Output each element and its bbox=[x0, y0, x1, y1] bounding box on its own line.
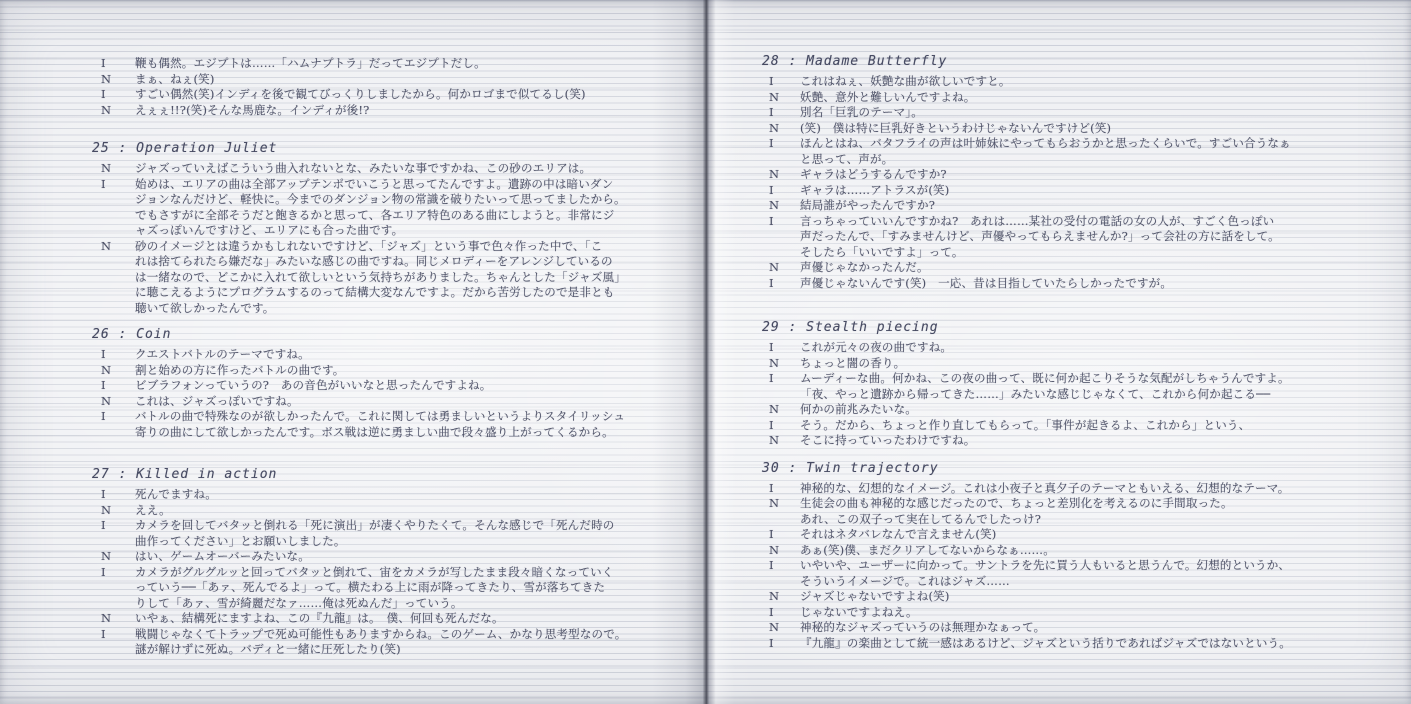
dialogue-line: Nそこに持っていったわけですね。 bbox=[762, 433, 1411, 449]
speaker-label: I bbox=[762, 214, 800, 230]
speaker-label: N bbox=[92, 611, 135, 627]
speaker-label: N bbox=[92, 363, 135, 379]
line-text: 割と始めの方に作ったバトルの曲です。 bbox=[135, 363, 344, 379]
line-text: これが元々の夜の曲ですね。 bbox=[800, 340, 952, 356]
line-text: ャズっぽいんですけど、エリアにも合った曲です。 bbox=[135, 223, 403, 239]
line-text: いやぁ、結構死にますよね、この『九龍』は。 僕、何回も死んだな。 bbox=[135, 611, 504, 627]
speaker-label: I bbox=[762, 605, 800, 621]
dialogue-line: 謎が解けずに死ぬ。バディと一緒に圧死したり(笑) bbox=[92, 642, 707, 658]
dialogue-line: は一緒なので、どこかに入れて欲しいという気持ちがありました。ちゃんとした「ジャズ… bbox=[92, 270, 707, 286]
speaker-label: I bbox=[92, 409, 135, 425]
speaker-label: N bbox=[762, 620, 800, 636]
speaker-label: I bbox=[762, 183, 800, 199]
speaker-label: N bbox=[762, 496, 800, 512]
dialogue-line: N砂のイメージとは違うかもしれないですけど、「ジャズ」という事で色々作った中で、… bbox=[92, 239, 707, 255]
line-text: 鞭も偶然。エジプトは……「ハムナプトラ」だってエジプトだし。 bbox=[135, 56, 486, 72]
dialogue-line: 声だったんで、「すみませんけど、声優やってもらえませんか?」って会社の方に話をし… bbox=[762, 229, 1411, 245]
dialogue-line: Nジャズっていえばこういう曲入れないとな、みたいな事ですかね、この砂のエリアは。 bbox=[92, 161, 707, 177]
line-text: 言っちゃっていいんですかね? あれは……某社の受付の電話の女の人が、すごく色っぽ… bbox=[800, 214, 1274, 230]
dialogue-line: Nちょっと闇の香り。 bbox=[762, 356, 1411, 372]
dialogue-line: 寄りの曲にして欲しかったんです。ボス戦は逆に勇ましい曲で段々盛り上がってくるから… bbox=[92, 425, 707, 441]
dialogue-line: N神秘的なジャズっていうのは無理かなぁって。 bbox=[762, 620, 1411, 636]
speaker-label bbox=[762, 512, 800, 528]
speaker-label bbox=[92, 192, 135, 208]
dialogue-line: ャズっぽいんですけど、エリアにも合った曲です。 bbox=[92, 223, 707, 239]
line-text: これは、ジャズっぽいですね。 bbox=[135, 394, 299, 410]
line-text: ギャラはどうするんですか? bbox=[800, 167, 947, 183]
line-text: 戦闘じゃなくてトラップで死ぬ可能性もありますからね。このゲーム、かなり思考型なの… bbox=[135, 627, 626, 643]
line-text: っていう──「あァ、死んでるよ」って。横たわる上に雨が降ってきたり、雪が落ちてき… bbox=[135, 580, 605, 596]
line-text: 「夜、やっと遺跡から帰ってきた……」みたいな感じじゃなくて、これから何か起こる─… bbox=[800, 387, 1270, 403]
dialogue-line: ジョンなんだけど、軽快に。今までのダンジョン物の常識を破りたいって思ってましたか… bbox=[92, 192, 707, 208]
speaker-label: N bbox=[762, 589, 800, 605]
dialogue-line: I始めは、エリアの曲は全部アップテンポでいこうと思ってたんですよ。遺跡の中は暗い… bbox=[92, 177, 707, 193]
dialogue-line: 聴いて欲しかったんです。 bbox=[92, 301, 707, 317]
line-text: ムーディーな曲。何かね、この夜の曲って、既に何か起こりそうな気配がしちゃうんです… bbox=[800, 371, 1290, 387]
dialogue-line: I死んでますね。 bbox=[92, 487, 707, 503]
track-heading: 29 : Stealth piecing bbox=[762, 320, 1411, 336]
speaker-label: I bbox=[762, 105, 800, 121]
line-text: 何かの前兆みたいな。 bbox=[800, 402, 917, 418]
line-text: 砂のイメージとは違うかもしれないですけど、「ジャズ」という事で色々作った中で、「… bbox=[135, 239, 602, 255]
speaker-label: N bbox=[762, 356, 800, 372]
line-text: ギャラは……アトラスが(笑) bbox=[800, 183, 949, 199]
dialogue-line: Iこれが元々の夜の曲ですね。 bbox=[762, 340, 1411, 356]
line-text: あぁ(笑)僕、まだクリアしてないからなぁ……。 bbox=[800, 543, 1055, 559]
left-track-sections: 25 : Operation JulietNジャズっていえばこういう曲入れないと… bbox=[92, 141, 707, 658]
dialogue-line: Nえぇぇ!!?(笑)そんな馬鹿な。インディが後!? bbox=[92, 103, 707, 119]
speaker-label bbox=[92, 642, 135, 658]
line-text: 神秘的な、幻想的なイメージ。これは小夜子と真夕子のテーマともいえる、幻想的なテー… bbox=[800, 481, 1289, 497]
line-text: (笑) 僕は特に巨乳好きというわけじゃないんですけど(笑) bbox=[800, 121, 1111, 137]
line-text: 生徒会の曲も神秘的な感じだったので、ちょっと差別化を考えるのに手間取った。 bbox=[800, 496, 1233, 512]
speaker-label: N bbox=[762, 543, 800, 559]
line-text: あれ、この双子って実在してるんでしたっけ? bbox=[800, 512, 1041, 528]
dialogue-line: あれ、この双子って実在してるんでしたっけ? bbox=[762, 512, 1411, 528]
speaker-label: I bbox=[762, 636, 800, 652]
line-text: そういうイメージで。これはジャズ…… bbox=[800, 574, 1010, 590]
dialogue-line: I別名「巨乳のテーマ」。 bbox=[762, 105, 1411, 121]
booklet-page-left: I鞭も偶然。エジプトは……「ハムナプトラ」だってエジプトだし。Nまぁ、ねぇ(笑)… bbox=[0, 0, 707, 704]
booklet-page-right: 28 : Madame ButterflyIこれはねぇ、妖艶な曲が欲しいですと。… bbox=[707, 0, 1411, 704]
speaker-label bbox=[92, 254, 135, 270]
track-section-27: 27 : Killed in actionI死んでますね。Nええ。Iカメラを回し… bbox=[92, 467, 707, 658]
track-heading: 26 : Coin bbox=[92, 327, 707, 343]
dialogue-line: Iすごい偶然(笑)インディを後で観てびっくりしましたから。何かロゴまで似てるし(… bbox=[92, 87, 707, 103]
dialogue-line: Nいやぁ、結構死にますよね、この『九龍』は。 僕、何回も死んだな。 bbox=[92, 611, 707, 627]
dialogue-line: 曲作ってください」とお願いしました。 bbox=[92, 534, 707, 550]
line-text: 神秘的なジャズっていうのは無理かなぁって。 bbox=[800, 620, 1045, 636]
speaker-label bbox=[762, 245, 800, 261]
track-section-29: 29 : Stealth piecingIこれが元々の夜の曲ですね。Nちょっと闇… bbox=[762, 320, 1411, 449]
line-text: 聴いて欲しかったんです。 bbox=[135, 301, 274, 317]
track-section-30: 30 : Twin trajectoryI神秘的な、幻想的なイメージ。これは小夜… bbox=[762, 461, 1411, 652]
line-text: 寄りの曲にして欲しかったんです。ボス戦は逆に勇ましい曲で段々盛り上がってくるから… bbox=[135, 425, 614, 441]
dialogue-line: Iそう。だから、ちょっと作り直してもらって。「事件が起きるよ、これから」という、 bbox=[762, 418, 1411, 434]
dialogue-line: I声優じゃないんです(笑) 一応、昔は目指していたらしかったですが。 bbox=[762, 276, 1411, 292]
line-text: 別名「巨乳のテーマ」。 bbox=[800, 105, 923, 121]
line-text: は一緒なので、どこかに入れて欲しいという気持ちがありました。ちゃんとした「ジャズ… bbox=[135, 270, 626, 286]
speaker-label: I bbox=[92, 627, 135, 643]
line-text: に聴こえるようにプログラムするのって結構大変なんですよ。だから苦労したので是非と… bbox=[135, 285, 614, 301]
dialogue-line: Iほんとはね、バタフライの声は叶姉妹にやってもらおうかと思ったくらいで。すごい合… bbox=[762, 136, 1411, 152]
dialogue-line: Nええ。 bbox=[92, 503, 707, 519]
line-text: れは捨てられたら嫌だな」みたいな感じの曲ですね。同じメロディーをアレンジしている… bbox=[135, 254, 613, 270]
line-text: それはネタバレなんで言えません(笑) bbox=[800, 527, 996, 543]
line-text: いやいや、ユーザーに向かって。サントラを先に買う人もいると思うんで。幻想的という… bbox=[800, 558, 1290, 574]
dialogue-line: I『九龍』の楽曲として統一感はあるけど、ジャズという括りであればジャズではないと… bbox=[762, 636, 1411, 652]
speaker-label bbox=[92, 223, 135, 239]
line-text: ええ。 bbox=[135, 503, 171, 519]
dialogue-line: と思って、声が。 bbox=[762, 152, 1411, 168]
dialogue-line: Iこれはねぇ、妖艶な曲が欲しいですと。 bbox=[762, 74, 1411, 90]
speaker-label bbox=[92, 208, 135, 224]
line-text: すごい偶然(笑)インディを後で観てびっくりしましたから。何かロゴまで似てるし(笑… bbox=[135, 87, 586, 103]
speaker-label: N bbox=[92, 239, 135, 255]
dialogue-line: I鞭も偶然。エジプトは……「ハムナプトラ」だってエジプトだし。 bbox=[92, 56, 707, 72]
speaker-label: I bbox=[92, 378, 135, 394]
speaker-label: I bbox=[92, 177, 135, 193]
dialogue-line: っていう──「あァ、死んでるよ」って。横たわる上に雨が降ってきたり、雪が落ちてき… bbox=[92, 580, 707, 596]
dialogue-line: N妖艶、意外と難しいんですよね。 bbox=[762, 90, 1411, 106]
speaker-label bbox=[92, 534, 135, 550]
dialogue-line: Nはい、ゲームオーバーみたいな。 bbox=[92, 549, 707, 565]
line-text: 謎が解けずに死ぬ。バディと一緒に圧死したり(笑) bbox=[135, 642, 401, 658]
line-text: りして「あァ、雪が綺麗だなァ……俺は死ぬんだ」っていう。 bbox=[135, 596, 463, 612]
line-text: じゃないですよねえ。 bbox=[800, 605, 918, 621]
dialogue-line: N何かの前兆みたいな。 bbox=[762, 402, 1411, 418]
speaker-label: I bbox=[92, 518, 135, 534]
line-text: そしたら「いいですよ」って。 bbox=[800, 245, 964, 261]
speaker-label bbox=[762, 574, 800, 590]
speaker-label bbox=[92, 270, 135, 286]
dialogue-line: Nギャラはどうするんですか? bbox=[762, 167, 1411, 183]
speaker-label: N bbox=[762, 433, 800, 449]
line-text: これはねぇ、妖艶な曲が欲しいですと。 bbox=[800, 74, 1011, 90]
line-text: ジョンなんだけど、軽快に。今までのダンジョン物の常識を破りたいって思ってましたか… bbox=[135, 192, 626, 208]
dialogue-line: N生徒会の曲も神秘的な感じだったので、ちょっと差別化を考えるのに手間取った。 bbox=[762, 496, 1411, 512]
dialogue-line: そういうイメージで。これはジャズ…… bbox=[762, 574, 1411, 590]
speaker-label: I bbox=[762, 481, 800, 497]
line-text: ジャズじゃないですよね(笑) bbox=[800, 589, 950, 605]
dialogue-line: 「夜、やっと遺跡から帰ってきた……」みたいな感じじゃなくて、これから何か起こる─… bbox=[762, 387, 1411, 403]
speaker-label: N bbox=[92, 103, 135, 119]
line-text: ちょっと闇の香り。 bbox=[800, 356, 905, 372]
speaker-label: I bbox=[762, 418, 800, 434]
speaker-label: I bbox=[762, 74, 800, 90]
speaker-label bbox=[92, 285, 135, 301]
line-text: クエストバトルのテーマですね。 bbox=[135, 347, 310, 363]
speaker-label bbox=[762, 229, 800, 245]
track-heading: 30 : Twin trajectory bbox=[762, 461, 1411, 477]
dialogue-line: に聴こえるようにプログラムするのって結構大変なんですよ。だから苦労したので是非と… bbox=[92, 285, 707, 301]
dialogue-line: Iじゃないですよねえ。 bbox=[762, 605, 1411, 621]
line-text: でもさすがに全部そうだと飽きるかと思って、各エリア特色のある曲にしようと。非常に… bbox=[135, 208, 614, 224]
dialogue-line: I戦闘じゃなくてトラップで死ぬ可能性もありますからね。このゲーム、かなり思考型な… bbox=[92, 627, 707, 643]
speaker-label: N bbox=[92, 549, 135, 565]
dialogue-line: N声優じゃなかったんだ。 bbox=[762, 260, 1411, 276]
speaker-label: I bbox=[92, 565, 135, 581]
line-text: 曲作ってください」とお願いしました。 bbox=[135, 534, 346, 550]
speaker-label: N bbox=[762, 198, 800, 214]
line-text: 声だったんで、「すみませんけど、声優やってもらえませんか?」って会社の方に話をし… bbox=[800, 229, 1280, 245]
line-text: まぁ、ねぇ(笑) bbox=[135, 72, 215, 88]
dialogue-line: Iそれはネタバレなんで言えません(笑) bbox=[762, 527, 1411, 543]
dialogue-line: N結局誰がやったんですか? bbox=[762, 198, 1411, 214]
dialogue-line: Iカメラを回してバタッと倒れる「死に演出」が凄くやりたくて。そんな感じで「死んだ… bbox=[92, 518, 707, 534]
dialogue-line: I神秘的な、幻想的なイメージ。これは小夜子と真夕子のテーマともいえる、幻想的なテ… bbox=[762, 481, 1411, 497]
continuation-dialogue-block: I鞭も偶然。エジプトは……「ハムナプトラ」だってエジプトだし。Nまぁ、ねぇ(笑)… bbox=[92, 56, 707, 118]
dialogue-line: Iバトルの曲で特殊なのが欲しかったんで。これに関しては勇ましいというよりスタイリ… bbox=[92, 409, 707, 425]
track-heading: 28 : Madame Butterfly bbox=[762, 54, 1411, 70]
booklet-scan: I鞭も偶然。エジプトは……「ハムナプトラ」だってエジプトだし。Nまぁ、ねぇ(笑)… bbox=[0, 0, 1411, 704]
speaker-label: I bbox=[762, 558, 800, 574]
line-text: 始めは、エリアの曲は全部アップテンポでいこうと思ってたんですよ。遺跡の中は暗いダ… bbox=[135, 177, 613, 193]
dialogue-line: Iギャラは……アトラスが(笑) bbox=[762, 183, 1411, 199]
line-text: そう。だから、ちょっと作り直してもらって。「事件が起きるよ、これから」という、 bbox=[800, 418, 1250, 434]
track-heading: 25 : Operation Juliet bbox=[92, 141, 707, 157]
speaker-label: I bbox=[762, 371, 800, 387]
dialogue-line: りして「あァ、雪が綺麗だなァ……俺は死ぬんだ」っていう。 bbox=[92, 596, 707, 612]
dialogue-line: I言っちゃっていいんですかね? あれは……某社の受付の電話の女の人が、すごく色っ… bbox=[762, 214, 1411, 230]
line-text: はい、ゲームオーバーみたいな。 bbox=[135, 549, 310, 565]
dialogue-line: Iムーディーな曲。何かね、この夜の曲って、既に何か起こりそうな気配がしちゃうんで… bbox=[762, 371, 1411, 387]
line-text: ビブラフォンっていうの? あの音色がいいなと思ったんですよね。 bbox=[135, 378, 491, 394]
line-text: えぇぇ!!?(笑)そんな馬鹿な。インディが後!? bbox=[135, 103, 370, 119]
dialogue-line: Iクエストバトルのテーマですね。 bbox=[92, 347, 707, 363]
speaker-label bbox=[762, 387, 800, 403]
speaker-label: N bbox=[92, 72, 135, 88]
line-text: カメラがグルグルッと回ってバタッと倒れて、宙をカメラが写したまま段々暗くなってい… bbox=[135, 565, 614, 581]
dialogue-line: Nあぁ(笑)僕、まだクリアしてないからなぁ……。 bbox=[762, 543, 1411, 559]
speaker-label bbox=[92, 580, 135, 596]
line-text: カメラを回してバタッと倒れる「死に演出」が凄くやりたくて。そんな感じで「死んだ時… bbox=[135, 518, 614, 534]
line-text: 結局誰がやったんですか? bbox=[800, 198, 935, 214]
dialogue-line: Iビブラフォンっていうの? あの音色がいいなと思ったんですよね。 bbox=[92, 378, 707, 394]
dialogue-line: Iカメラがグルグルッと回ってバタッと倒れて、宙をカメラが写したまま段々暗くなって… bbox=[92, 565, 707, 581]
dialogue-line: Nこれは、ジャズっぽいですね。 bbox=[92, 394, 707, 410]
line-text: ジャズっていえばこういう曲入れないとな、みたいな事ですかね、この砂のエリアは。 bbox=[135, 161, 591, 177]
line-text: 声優じゃなかったんだ。 bbox=[800, 260, 929, 276]
dialogue-line: N割と始めの方に作ったバトルの曲です。 bbox=[92, 363, 707, 379]
track-heading: 27 : Killed in action bbox=[92, 467, 707, 483]
speaker-label: I bbox=[762, 340, 800, 356]
line-text: 死んでますね。 bbox=[135, 487, 217, 503]
speaker-label: N bbox=[762, 121, 800, 137]
speaker-label bbox=[762, 152, 800, 168]
dialogue-line: そしたら「いいですよ」って。 bbox=[762, 245, 1411, 261]
speaker-label: N bbox=[762, 167, 800, 183]
speaker-label bbox=[92, 301, 135, 317]
speaker-label: N bbox=[762, 90, 800, 106]
right-track-sections: 28 : Madame ButterflyIこれはねぇ、妖艶な曲が欲しいですと。… bbox=[762, 54, 1411, 651]
speaker-label bbox=[92, 596, 135, 612]
line-text: バトルの曲で特殊なのが欲しかったんで。これに関しては勇ましいというよりスタイリッ… bbox=[135, 409, 625, 425]
dialogue-line: でもさすがに全部そうだと飽きるかと思って、各エリア特色のある曲にしようと。非常に… bbox=[92, 208, 707, 224]
speaker-label: N bbox=[762, 402, 800, 418]
speaker-label: N bbox=[92, 161, 135, 177]
line-text: と思って、声が。 bbox=[800, 152, 893, 168]
track-section-28: 28 : Madame ButterflyIこれはねぇ、妖艶な曲が欲しいですと。… bbox=[762, 54, 1411, 291]
track-section-26: 26 : CoinIクエストバトルのテーマですね。N割と始めの方に作ったバトルの… bbox=[92, 327, 707, 440]
speaker-label bbox=[92, 425, 135, 441]
line-text: 声優じゃないんです(笑) 一応、昔は目指していたらしかったですが。 bbox=[800, 276, 1172, 292]
speaker-label: N bbox=[762, 260, 800, 276]
dialogue-line: Nジャズじゃないですよね(笑) bbox=[762, 589, 1411, 605]
dialogue-line: れは捨てられたら嫌だな」みたいな感じの曲ですね。同じメロディーをアレンジしている… bbox=[92, 254, 707, 270]
track-section-25: 25 : Operation JulietNジャズっていえばこういう曲入れないと… bbox=[92, 141, 707, 316]
speaker-label: N bbox=[92, 503, 135, 519]
dialogue-line: Iいやいや、ユーザーに向かって。サントラを先に買う人もいると思うんで。幻想的とい… bbox=[762, 558, 1411, 574]
speaker-label: I bbox=[762, 276, 800, 292]
line-text: 『九龍』の楽曲として統一感はあるけど、ジャズという括りであればジャズではないとい… bbox=[800, 636, 1291, 652]
speaker-label: N bbox=[92, 394, 135, 410]
line-text: ほんとはね、バタフライの声は叶姉妹にやってもらおうかと思ったくらいで。すごい合う… bbox=[800, 136, 1291, 152]
line-text: そこに持っていったわけですね。 bbox=[800, 433, 976, 449]
speaker-label: I bbox=[92, 87, 135, 103]
speaker-label: I bbox=[92, 347, 135, 363]
speaker-label: I bbox=[92, 56, 135, 72]
dialogue-line: N(笑) 僕は特に巨乳好きというわけじゃないんですけど(笑) bbox=[762, 121, 1411, 137]
speaker-label: I bbox=[762, 527, 800, 543]
dialogue-line: Nまぁ、ねぇ(笑) bbox=[92, 72, 707, 88]
line-text: 妖艶、意外と難しいんですよね。 bbox=[800, 90, 976, 106]
speaker-label: I bbox=[92, 487, 135, 503]
speaker-label: I bbox=[762, 136, 800, 152]
